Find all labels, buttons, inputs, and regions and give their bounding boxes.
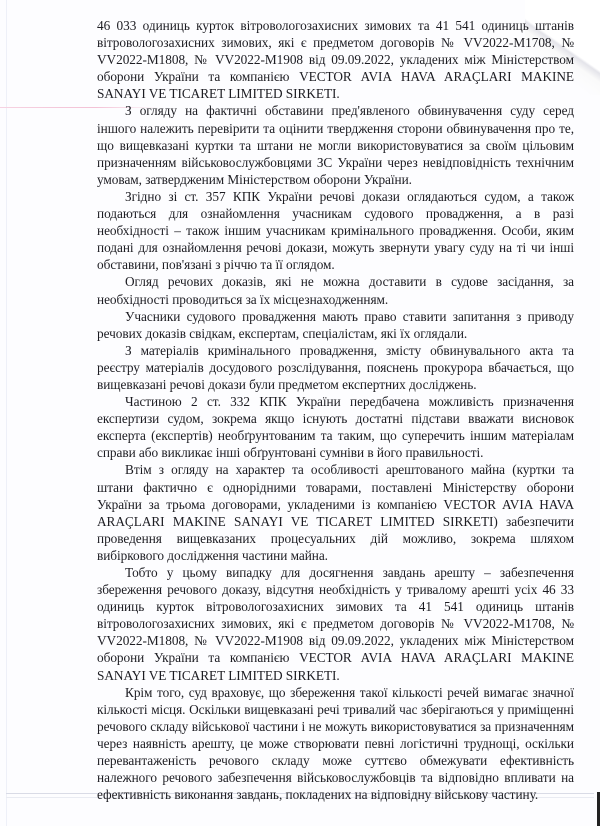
- paragraph-5: Учасники судового провадження мають прав…: [97, 308, 574, 342]
- paragraph-8: Втім з огляду на характер та особливості…: [97, 461, 574, 564]
- document-body: 46 033 одиниць курток вітровологозахисни…: [97, 17, 574, 803]
- paragraph-2: З огляду на фактичні обставини пред'явле…: [97, 102, 574, 187]
- paragraph-7: Частиною 2 ст. 332 КПК України передбаче…: [97, 393, 574, 461]
- paragraph-1: 46 033 одиниць курток вітровологозахисни…: [97, 17, 574, 102]
- paragraph-6: З матеріалів кримінального провадження, …: [97, 342, 574, 393]
- paragraph-10: Крім того, суд враховує, що збереження т…: [97, 684, 574, 804]
- paragraph-4: Огляд речових доказів, які не можна дост…: [97, 273, 574, 307]
- scanned-page: 46 033 одиниць курток вітровологозахисни…: [0, 0, 600, 826]
- paragraph-3: Згідно зі ст. 357 КПК України речові док…: [97, 188, 574, 273]
- scan-edge-line: [6, 0, 7, 826]
- paragraph-9: Тобто у цьому випадку для досягнення зав…: [97, 564, 574, 684]
